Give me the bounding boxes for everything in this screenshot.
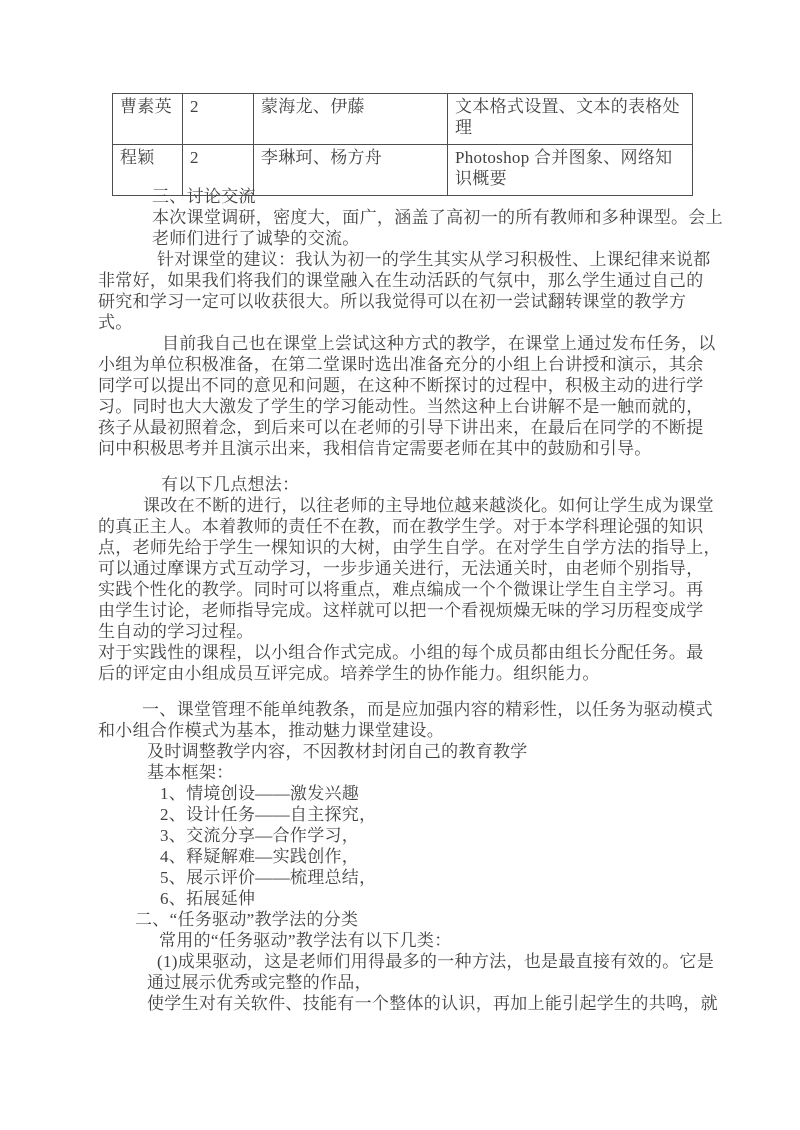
text-line: 点，老师先给于学生一棵知识的大树，由学生自学。在对学生自学方法的指导上， [98,537,758,558]
text-line: 孩子从最初照着念，到后来可以在老师的引导下讲出来，在最后在同学的不断提 [98,417,758,438]
document-page: 曹素英2蒙海龙、伊藤文本格式设置、文本的表格处理程颖2李琳珂、杨方舟Photos… [0,0,800,1130]
text-line: 生自动的学习过程。 [98,621,758,642]
text-line: 通过展示优秀或完整的作品， [98,972,758,993]
text-line: 问中积极思考并且演示出来，我相信肯定需要老师在其中的鼓励和引导。 [98,438,758,459]
text-line: 的真正主人。本着教师的责任不在教，而在教学生学。对于本学科理论强的知识 [98,516,758,537]
text-line: 三、讨论交流 [98,186,758,207]
text-line: 老师们进行了诚挚的交流。 [98,228,758,249]
text-line: 6、拓展延伸 [98,888,758,909]
table-cell: 2 [183,94,254,145]
text-line: 2、设计任务——自主探究， [98,804,758,825]
text-line: 目前我自己也在课堂上尝试这种方式的教学，在课堂上通过发布任务，以 [98,333,758,354]
table-row: 曹素英2蒙海龙、伊藤文本格式设置、文本的表格处理 [113,94,693,145]
text-line: 常用的“任务驱动”教学法有以下几类： [98,930,758,951]
course-table-body: 曹素英2蒙海龙、伊藤文本格式设置、文本的表格处理程颖2李琳珂、杨方舟Photos… [113,94,693,196]
text-line: 3、交流分享—合作学习， [98,825,758,846]
text-line: 研究和学习一定可以收获很大。所以我觉得可以在初一尝试翻转课堂的教学方 [98,291,758,312]
text-line: (1)成果驱动，这是老师们用得最多的一种方法，也是最直接有效的。它是 [98,951,758,972]
blank-line [98,684,758,699]
text-line: 二、“任务驱动”教学法的分类 [98,909,758,930]
text-line: 非常好，如果我们将我们的课堂融入在生动活跃的气氛中，那么学生通过自己的 [98,270,758,291]
text-line: 小组为单位积极准备，在第二堂课时选出准备充分的小组上台讲授和演示，其余 [98,354,758,375]
text-line: 本次课堂调研，密度大，面广，涵盖了高初一的所有教师和多种课型。会上 [98,207,758,228]
text-line: 基本框架： [98,762,758,783]
text-line: 和小组合作模式为基本，推动魅力课堂建设。 [98,720,758,741]
text-line: 式。 [98,312,758,333]
text-line: 后的评定由小组成员互评完成。培养学生的协作能力。组织能力。 [98,663,758,684]
text-line: 5、展示评价——梳理总结， [98,867,758,888]
text-line: 有以下几点想法： [98,474,758,495]
text-line: 课改在不断的进行，以往老师的主导地位越来越淡化。如何让学生成为课堂 [98,495,758,516]
table-cell: 蒙海龙、伊藤 [254,94,448,145]
text-line: 使学生对有关软件、技能有一个整体的认识，再加上能引起学生的共鸣，就 [98,993,758,1014]
text-line: 习。同时也大大激发了学生的学习能动性。当然这种上台讲解不是一触而就的， [98,396,758,417]
blank-line [98,459,758,474]
text-line: 同学可以提出不同的意见和问题，在这种不断探讨的过程中，积极主动的进行学 [98,375,758,396]
text-line: 可以通过摩课方式互动学习，一步步通关进行，无法通关时，由老师个别指导， [98,558,758,579]
text-line: 针对课堂的建议：我认为初一的学生其实从学习积极性、上课纪律来说都 [98,249,758,270]
text-line: 及时调整教学内容，不因教材封闭自己的教育教学 [98,741,758,762]
text-line: 对于实践性的课程，以小组合作式完成。小组的每个成员都由组长分配任务。最 [98,642,758,663]
document-body: 三、讨论交流本次课堂调研，密度大，面广，涵盖了高初一的所有教师和多种课型。会上老… [98,186,758,1014]
course-schedule-table: 曹素英2蒙海龙、伊藤文本格式设置、文本的表格处理程颖2李琳珂、杨方舟Photos… [112,93,693,196]
text-line: 1、情境创设——激发兴趣 [98,783,758,804]
text-line: 一、课堂管理不能单纯教条，而是应加强内容的精彩性，以任务为驱动模式 [98,699,758,720]
text-line: 实践个性化的教学。同时可以将重点，难点编成一个个微课让学生自主学习。再 [98,579,758,600]
table-cell: 文本格式设置、文本的表格处理 [448,94,693,145]
text-line: 4、释疑解难—实践创作， [98,846,758,867]
table-cell: 曹素英 [113,94,183,145]
text-line: 由学生讨论，老师指导完成。这样就可以把一个看视烦燥无味的学习历程变成学 [98,600,758,621]
